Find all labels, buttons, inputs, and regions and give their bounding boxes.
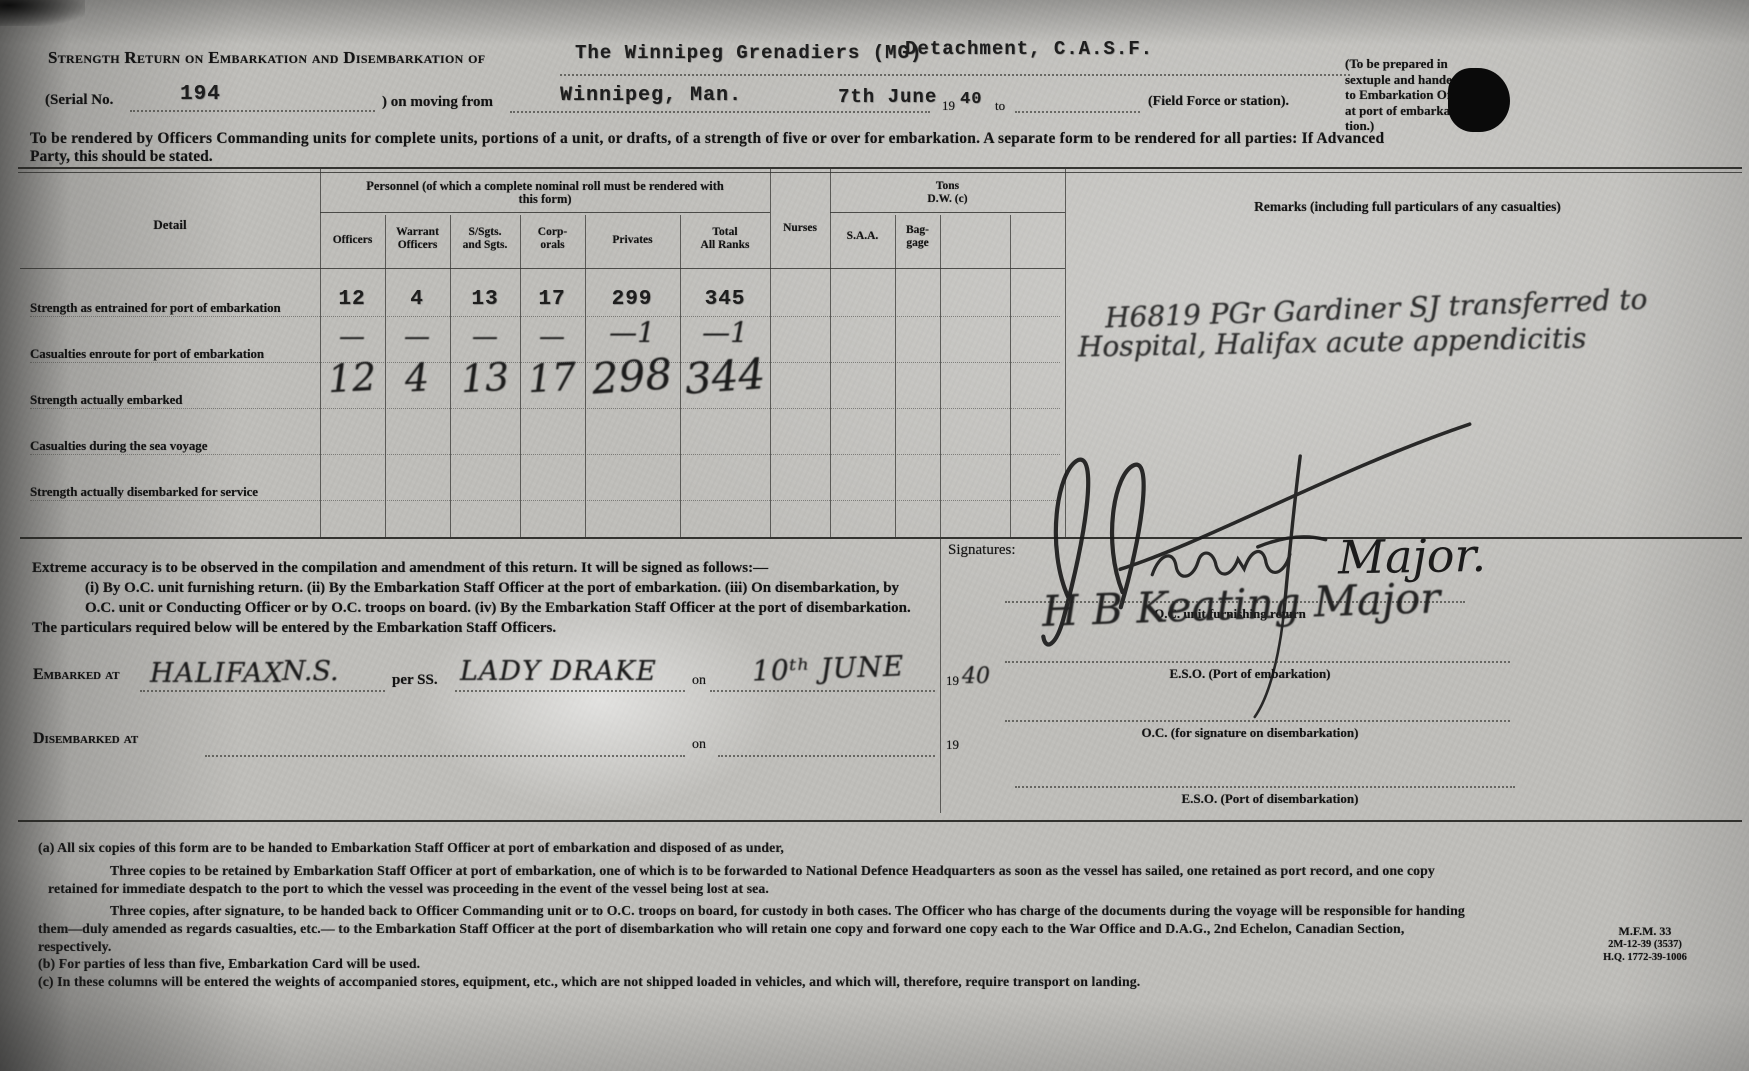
serial-value: 194 — [180, 83, 221, 106]
detail-header: Detail — [20, 218, 320, 231]
render-note-line2: Party, this should be stated. — [30, 148, 213, 166]
col-total-all-ranks: Total All Ranks — [680, 226, 770, 252]
form-title: Strength Return on Embarkation and Disem… — [48, 48, 485, 68]
disembark-year-prefix: 19 — [946, 737, 959, 753]
form-code-3: H.Q. 1772-39-1006 — [1580, 952, 1710, 963]
signature-box-divider — [940, 537, 941, 813]
col-corporals: Corp- orals — [520, 226, 585, 252]
render-note-line1: To be rendered by Officers Commanding un… — [30, 130, 1384, 148]
cell-embarked-corporals: 17 — [506, 354, 598, 403]
embark-year-value: 40 — [962, 664, 990, 689]
embarked-rule-1 — [140, 690, 385, 692]
subheader-underline — [20, 268, 1065, 269]
moving-from-rule — [510, 111, 930, 113]
col-saa: S.A.A. — [830, 230, 895, 243]
embarked-place-value: Halifax — [150, 658, 284, 689]
col-baggage: Bag- gage — [895, 224, 940, 250]
title-rule — [560, 74, 1350, 76]
embarked-rule-3 — [710, 690, 935, 692]
personnel-underline — [320, 212, 770, 213]
cell-entrained-total: 345 — [680, 288, 770, 311]
year-value: 40 — [960, 90, 982, 109]
table-top-rule-2 — [18, 172, 1742, 173]
disembarked-at-label: Disembarked at — [33, 730, 138, 748]
sig-label-eso-embarkation: E.S.O. (Port of embarkation) — [1040, 666, 1460, 682]
footer-separator-rule — [18, 820, 1742, 822]
row-leader-5 — [30, 500, 1060, 501]
accuracy-line4: The particulars required below will be e… — [32, 620, 556, 637]
personnel-header: Personnel (of which a complete nominal r… — [325, 180, 765, 206]
moving-date-value: 7th June — [838, 86, 937, 108]
tons-header: Tons D.W. (c) — [830, 180, 1065, 206]
embarked-on-label: on — [692, 673, 706, 689]
note-a4: Three copies, after signature, to be han… — [110, 903, 1465, 919]
row-label-disembarked-service: Strength actually disembarked for servic… — [30, 484, 258, 500]
ship-name-value: Lady Drake — [460, 656, 657, 687]
embarked-at-label: Embarked at — [33, 666, 120, 684]
strength-return-form: Strength Return on Embarkation and Disem… — [0, 0, 1749, 1071]
nurses-header: Nurses — [770, 222, 830, 235]
disembarked-rule-1 — [205, 755, 685, 757]
note-c: (c) In these columns will be entered the… — [38, 974, 1140, 990]
embarked-prov-value: N.S. — [282, 656, 339, 687]
form-code-2: 2M-12-39 (3537) — [1580, 939, 1710, 950]
embark-year-prefix: 19 — [946, 673, 959, 689]
serial-label: (Serial No. — [45, 92, 113, 109]
sig-rule-2 — [1005, 661, 1510, 663]
col-warrant-officers: Warrant Officers — [385, 226, 450, 252]
sig-rule-4 — [1015, 786, 1515, 788]
cell-entrained-corporals: 17 — [507, 288, 597, 311]
to-rule — [1015, 111, 1140, 113]
disembarked-rule-2 — [718, 755, 935, 757]
moving-from-value: Winnipeg, Man. — [560, 84, 742, 107]
to-label: to — [995, 98, 1005, 114]
note-a6: respectively. — [38, 939, 111, 955]
cell-casualties-privates: —1 — [587, 316, 677, 349]
vline-baggage — [940, 215, 941, 537]
note-a5: them—duly amended as regards casualties,… — [38, 921, 1404, 937]
embarked-rule-2 — [455, 690, 685, 692]
form-code-1: M.F.M. 33 — [1580, 924, 1710, 939]
accuracy-line2: (i) By O.C. unit furnishing return. (ii)… — [85, 580, 899, 597]
note-a3: retained for immediate despatch to the p… — [48, 881, 769, 897]
table-top-rule-1 — [18, 167, 1742, 169]
note-a2: Three copies to be retained by Embarkati… — [110, 863, 1435, 879]
embark-date-value: 10ᵗʰ June — [751, 649, 904, 687]
vline-detail — [320, 167, 321, 537]
remarks-header: Remarks (including full particulars of a… — [1075, 200, 1740, 213]
field-force-label: (Field Force or station). — [1148, 94, 1289, 110]
col-privates: Privates — [585, 234, 680, 247]
vline-saa — [895, 215, 896, 537]
moving-from-label: ) on moving from — [382, 94, 493, 111]
row-label-actually-embarked: Strength actually embarked — [30, 392, 182, 408]
accuracy-line1: Extreme accuracy is to be observed in th… — [32, 560, 768, 577]
sig-label-oc-disembarkation: O.C. (for signature on disembarkation) — [1040, 725, 1460, 741]
col-ssgts: S/Sgts. and Sgts. — [450, 226, 520, 252]
note-a1: (a) All six copies of this form are to b… — [38, 840, 784, 856]
scan-smudge-top-left — [0, 0, 85, 26]
per-ss-label: per SS. — [392, 672, 438, 689]
ink-blob — [1448, 68, 1510, 132]
row-label-sea-voyage: Casualties during the sea voyage — [30, 438, 207, 454]
year-prefix: 19 — [942, 98, 955, 114]
serial-rule — [130, 110, 375, 112]
row-leader-4 — [30, 454, 1060, 455]
cell-embarked-total: 344 — [678, 349, 771, 404]
cell-casualties-total: —1 — [680, 316, 770, 349]
cell-entrained-privates: 299 — [587, 288, 677, 311]
unit-name-typed-2: Detachment, C.A.S.F. — [905, 38, 1153, 60]
disembarked-on-label: on — [692, 737, 706, 753]
sig-label-eso-disembarkation: E.S.O. (Port of disembarkation) — [1060, 791, 1480, 807]
sig-rule-3 — [1005, 720, 1510, 722]
corner-note: (To be prepared in sextuple and handed t… — [1345, 56, 1545, 134]
cell-embarked-privates: 298 — [585, 349, 678, 404]
tons-underline — [830, 212, 1065, 213]
cell-casualties-corporals: — — [507, 322, 597, 352]
row-label-entrained: Strength as entrained for port of embark… — [30, 300, 281, 316]
row-leader-3 — [30, 408, 1060, 409]
vline-nurses — [830, 167, 831, 537]
row-leader-1 — [30, 316, 1060, 317]
note-b: (b) For parties of less than five, Embar… — [38, 956, 420, 972]
unit-name-typed: The Winnipeg Grenadiers (MG) — [575, 42, 922, 64]
accuracy-line3: O.C. unit or Conducting Officer or by O.… — [85, 600, 911, 617]
col-officers: Officers — [320, 234, 385, 247]
row-label-casualties-enroute: Casualties enroute for port of embarkati… — [30, 346, 264, 362]
